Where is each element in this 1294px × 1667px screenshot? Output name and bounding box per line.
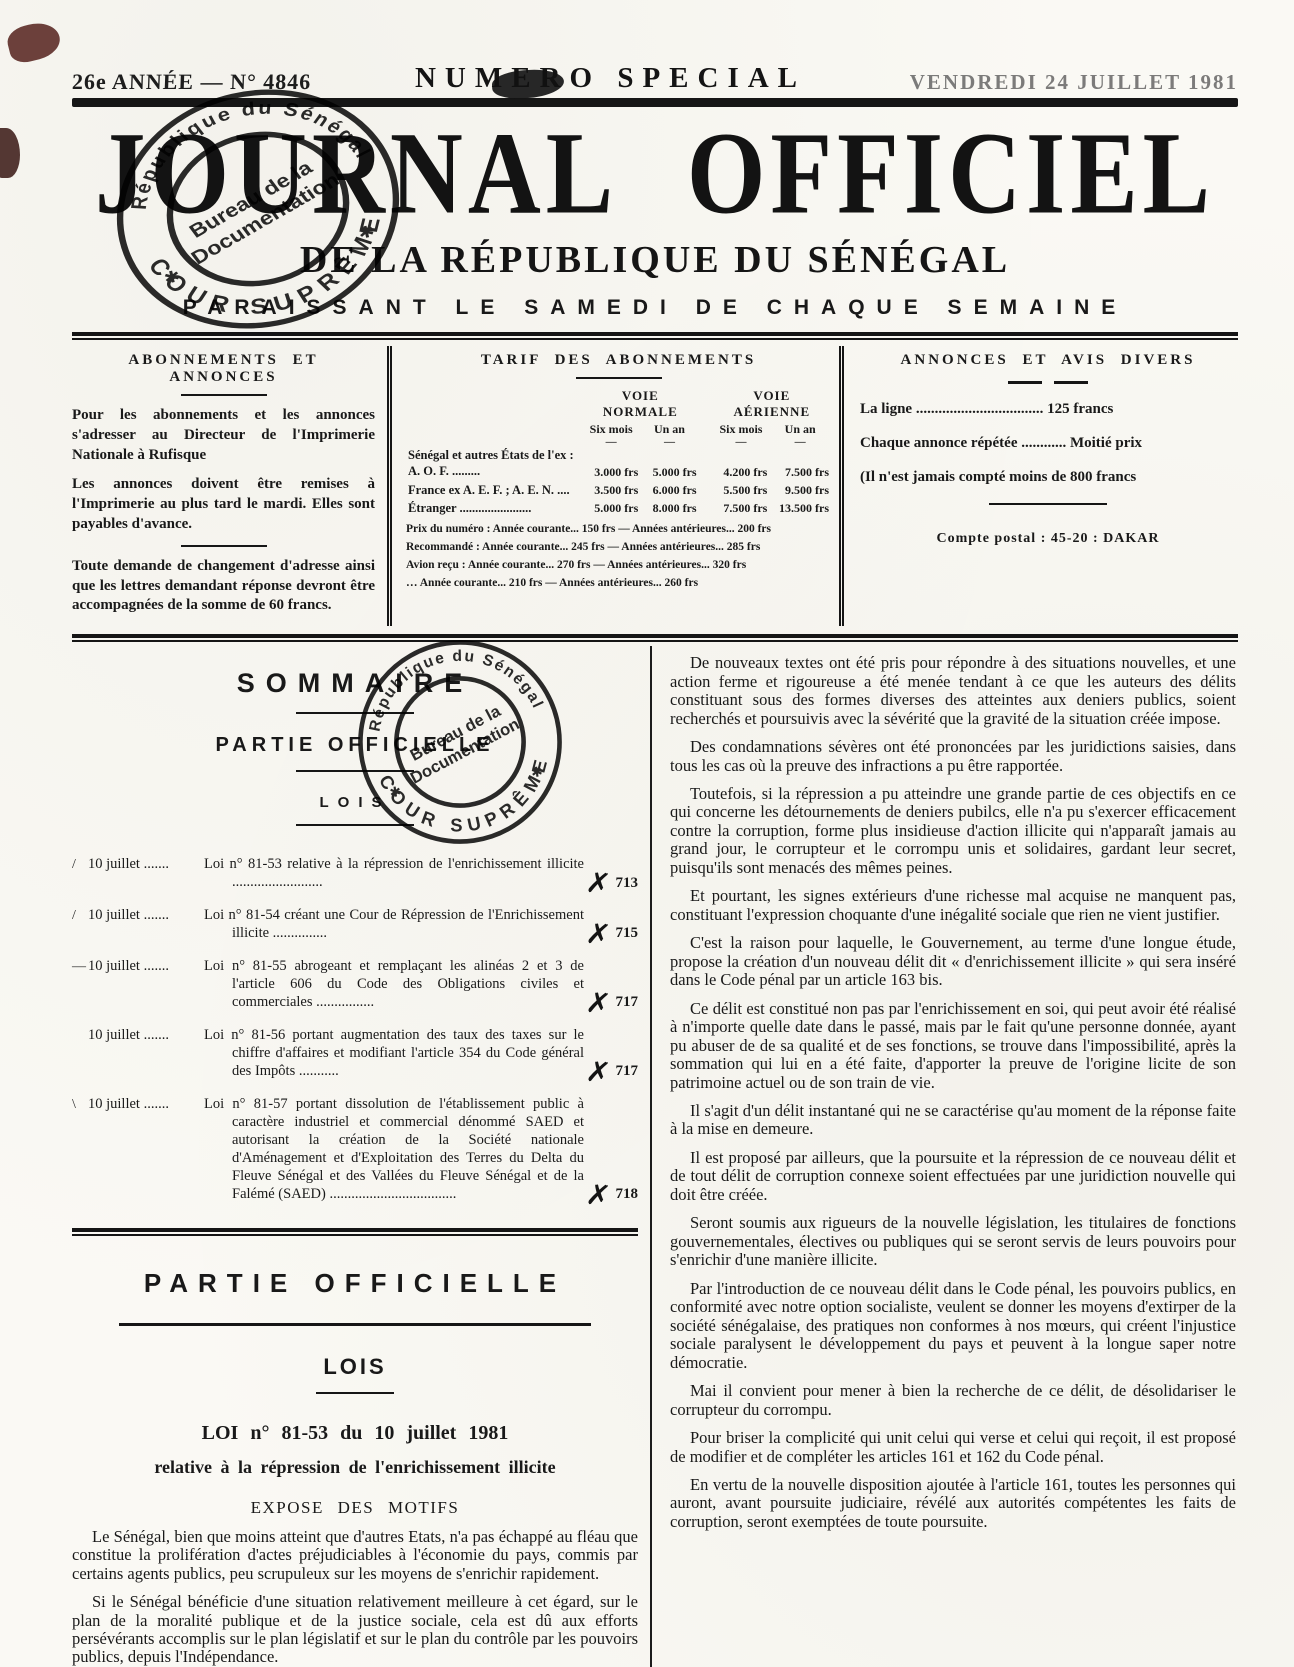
double-rule <box>72 634 1238 642</box>
abonnements-title: ABONNEMENTS ET ANNONCES <box>72 352 375 386</box>
annonces-line: La ligne ...............................… <box>860 401 1236 418</box>
divider <box>576 377 662 379</box>
tarif-row-label: Sénégal et autres États de l'ex : A. O. … <box>406 446 582 481</box>
entry-text: Loi n° 81-54 créant une Cour de Répressi… <box>204 907 584 943</box>
entry-page-number: 718 <box>616 1185 639 1204</box>
annonces-title: ANNONCES ET AVIS DIVERS <box>860 352 1236 369</box>
abonnements-paragraph: Toute demande de changement d'adresse ai… <box>72 557 375 616</box>
tarif-value: 7.500 frs <box>769 446 831 481</box>
journal-tagline: PARAISSANT LE SAMEDI DE CHAQUE SEMAINE <box>72 296 1238 320</box>
tarif-value: 5.500 frs <box>699 481 770 499</box>
tarif-value: 9.500 frs <box>769 481 831 499</box>
body-paragraph: De nouveaux textes ont été pris pour rép… <box>670 654 1236 728</box>
main-body: République du Sénégal COUR SUPRÊME Burea… <box>72 642 1238 1667</box>
tarif-row: Sénégal et autres États de l'ex : A. O. … <box>406 446 831 481</box>
body-paragraph: Ce délit est constitué non pas par l'enr… <box>670 1000 1236 1092</box>
handwritten-x-mark: ✗ <box>583 1176 612 1215</box>
divider <box>296 712 414 714</box>
abonnements-column: ABONNEMENTS ET ANNONCES Pour les abonnem… <box>72 346 387 626</box>
body-paragraph: Par l'introduction de ce nouveau délit d… <box>670 1280 1236 1372</box>
divider <box>296 770 414 772</box>
body-paragraph: Et pourtant, les signes extérieurs d'une… <box>670 887 1236 924</box>
entry-text: Loi n° 81-55 abrogeant et remplaçant les… <box>204 958 584 1012</box>
tarif-row-label: Étranger ....................... <box>406 499 582 517</box>
body-paragraph: Des condamnations sévères ont été pronon… <box>670 738 1236 775</box>
body-paragraph: Seront soumis aux rigueurs de la nouvell… <box>670 1214 1236 1269</box>
handwritten-x-mark: ✗ <box>583 1053 612 1092</box>
entry-text: Loi n° 81-56 portant augmentation des ta… <box>204 1027 584 1081</box>
tarif-value: 5.000 frs <box>582 499 640 517</box>
body-paragraph: Il est proposé par ailleurs, que la pour… <box>670 1149 1236 1204</box>
margin-mark: \ <box>72 1096 88 1204</box>
heavy-rule <box>72 98 1238 107</box>
compte-postal: Compte postal : 45-20 : DAKAR <box>860 531 1236 547</box>
edition-number: 26e ANNÉE — N° 4846 <box>72 69 312 95</box>
right-column: De nouveaux textes ont été pris pour rép… <box>650 646 1238 1667</box>
tarif-value: 3.500 frs <box>582 481 640 499</box>
abonnements-paragraph: Pour les abonnements et les annonces s'a… <box>72 406 375 465</box>
divider <box>989 503 1107 505</box>
tarif-note: Prix du numéro : Année courante... 150 f… <box>406 523 831 535</box>
law-title: LOI n° 81-53 du 10 juillet 1981 <box>72 1422 638 1445</box>
tarif-title: TARIF DES ABONNEMENTS <box>406 352 831 369</box>
sommaire-entries: / 10 juillet ....... Loi n° 81-53 relati… <box>72 856 638 1204</box>
tarif-row: Étranger ....................... 5.000 f… <box>406 499 831 517</box>
dash: — <box>582 438 640 446</box>
tarif-value: 7.500 frs <box>699 499 770 517</box>
divider <box>860 381 1236 384</box>
entry-page-number: 715 <box>616 924 639 943</box>
body-paragraph: Le Sénégal, bien que moins atteint que d… <box>72 1528 638 1583</box>
abonnements-paragraph: Les annonces doivent être remises à l'Im… <box>72 475 375 534</box>
entry-date: 10 juillet ....... <box>88 1027 194 1081</box>
tarif-value: 8.000 frs <box>640 499 698 517</box>
entry-date: 10 juillet ....... <box>88 958 194 1012</box>
info-band: ABONNEMENTS ET ANNONCES Pour les abonnem… <box>72 340 1238 634</box>
entry-page-number: 717 <box>616 1062 639 1081</box>
tarif-value: 5.000 frs <box>640 446 698 481</box>
sommaire-partie-label: PARTIE OFFICIELLE <box>72 734 638 757</box>
tarif-value: 3.000 frs <box>582 446 640 481</box>
divider <box>296 824 414 826</box>
body-paragraph: Mai il convient pour mener à bien la rec… <box>670 1382 1236 1419</box>
entry-text: Loi n° 81-53 relative à la répression de… <box>204 856 584 892</box>
margin-mark: — <box>72 958 88 1012</box>
column-group-voie-normale: VOIE NORMALE <box>582 387 699 421</box>
body-paragraph: Toutefois, si la répression a pu atteind… <box>670 785 1236 877</box>
entry-date: 10 juillet ....... <box>88 1096 194 1204</box>
entry-page-number: 717 <box>616 993 639 1012</box>
sommaire-entry: — 10 juillet ....... Loi n° 81-55 abroge… <box>72 958 638 1012</box>
tarif-note: … Année courante... 210 frs — Années ant… <box>406 577 831 589</box>
body-paragraph: Si le Sénégal bénéficie d'une situation … <box>72 1593 638 1667</box>
annonces-line: Chaque annonce répétée ............ Moit… <box>860 435 1236 452</box>
left-column: République du Sénégal COUR SUPRÊME Burea… <box>72 646 638 1667</box>
divider <box>181 545 267 547</box>
journal-title: JOURNAL OFFICIEL <box>72 115 1238 232</box>
annonces-column: ANNONCES ET AVIS DIVERS La ligne .......… <box>839 346 1238 626</box>
tarif-note: Avion reçu : Année courante... 270 frs —… <box>406 559 831 571</box>
double-rule <box>72 1228 638 1236</box>
column-header: Six mois <box>699 421 770 438</box>
stamp-star-icon: ✱ <box>530 764 544 780</box>
body-paragraph: En vertu de la nouvelle disposition ajou… <box>670 1476 1236 1531</box>
handwritten-x-mark: ✗ <box>583 865 612 904</box>
divider <box>119 1323 591 1326</box>
entry-date: 10 juillet ....... <box>88 856 194 892</box>
annonces-line: (Il n'est jamais compté moins de 800 fra… <box>860 469 1236 486</box>
sommaire-title: SOMMAIRE <box>72 668 638 699</box>
margin-mark: / <box>72 856 88 892</box>
body-paragraph: C'est la raison pour laquelle, le Gouver… <box>670 934 1236 989</box>
entry-date: 10 juillet ....... <box>88 907 194 943</box>
double-rule <box>72 332 1238 340</box>
divider <box>181 394 267 396</box>
tarif-value: 6.000 frs <box>640 481 698 499</box>
column-group-voie-aerienne: VOIE AÉRIENNE <box>699 387 831 421</box>
sommaire-entry: \ 10 juillet ....... Loi n° 81-57 portan… <box>72 1096 638 1204</box>
tarif-row: France ex A. E. F. ; A. E. N. .... 3.500… <box>406 481 831 499</box>
entry-page-number: 713 <box>616 874 639 893</box>
tarif-value: 13.500 frs <box>769 499 831 517</box>
partie-officielle-heading: PARTIE OFFICIELLE <box>72 1268 638 1299</box>
body-paragraph: Il s'agit d'un délit instantané qui ne s… <box>670 1102 1236 1139</box>
dash: — <box>640 438 698 446</box>
margin-mark: / <box>72 907 88 943</box>
margin-mark <box>72 1027 88 1081</box>
dash: — <box>699 438 770 446</box>
dash: — <box>769 438 831 446</box>
tarif-note: Recommandé : Année courante... 245 frs —… <box>406 541 831 553</box>
handwritten-x-mark: ✗ <box>583 984 612 1023</box>
journal-subtitle: DE LA RÉPUBLIQUE DU SÉNÉGAL <box>72 238 1238 282</box>
handwritten-x-mark: ✗ <box>583 916 612 955</box>
masthead-top-row: 26e ANNÉE — N° 4846 NUMERO SPECIAL VENDR… <box>72 62 1238 95</box>
sommaire-entry: 10 juillet ....... Loi n° 81-56 portant … <box>72 1027 638 1081</box>
law-subtitle: relative à la répression de l'enrichisse… <box>72 1457 638 1478</box>
tarif-table: VOIE NORMALE VOIE AÉRIENNE Six mois Un a… <box>406 387 831 517</box>
lois-heading: LOIS <box>72 1354 638 1380</box>
expose-des-motifs-heading: EXPOSE DES MOTIFS <box>72 1498 638 1518</box>
body-paragraph: Pour briser la complicité qui unit celui… <box>670 1429 1236 1466</box>
sommaire-entry: / 10 juillet ....... Loi n° 81-53 relati… <box>72 856 638 892</box>
tarif-value: 4.200 frs <box>699 446 770 481</box>
entry-text: Loi n° 81-57 portant dissolution de l'ét… <box>204 1096 584 1204</box>
sommaire-lois-label: LOIS <box>72 794 638 811</box>
issue-date: VENDREDI 24 JUILLET 1981 <box>910 70 1238 95</box>
journal-officiel-page: République du Sénégal COUR SUPRÊME Burea… <box>0 0 1294 1667</box>
divider <box>316 1392 394 1394</box>
tarif-row-label: France ex A. E. F. ; A. E. N. .... <box>406 481 582 499</box>
tarif-column: TARIF DES ABONNEMENTS VOIE NORMALE VOIE … <box>387 346 839 626</box>
numero-special-label: NUMERO SPECIAL <box>415 62 806 95</box>
sommaire-entry: / 10 juillet ....... Loi n° 81-54 créant… <box>72 907 638 943</box>
